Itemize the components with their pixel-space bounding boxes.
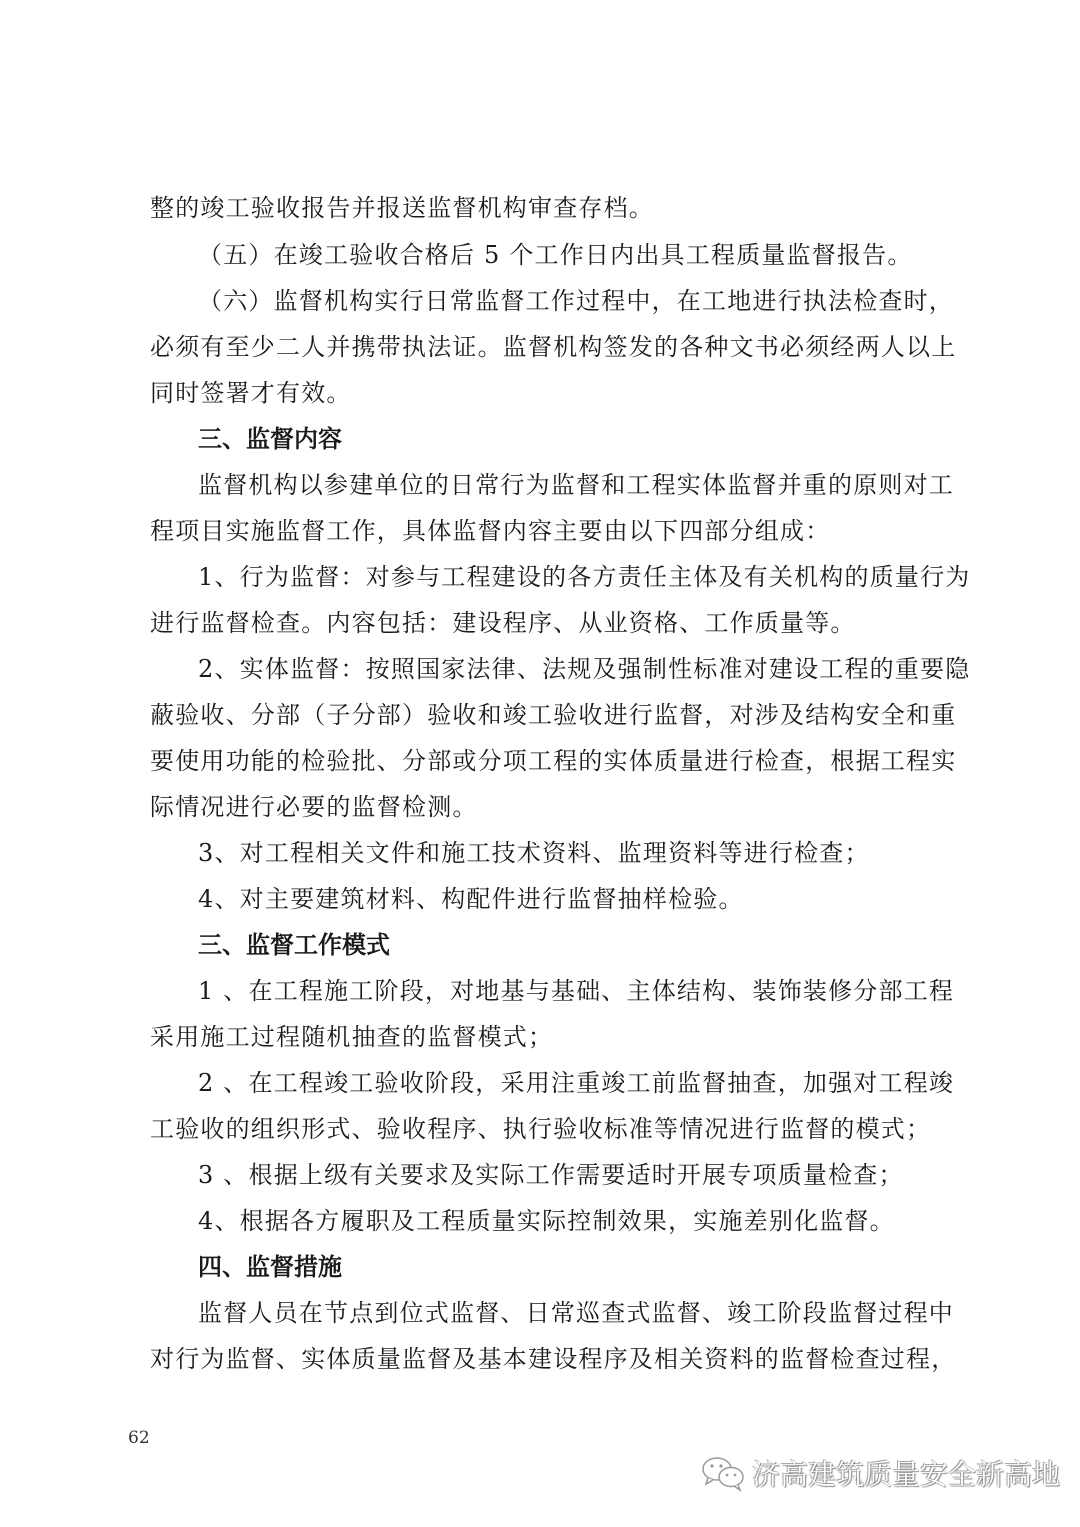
wechat-icon bbox=[700, 1454, 746, 1492]
text-line: 3 、根据上级有关要求及实际工作需要适时开展专项质量检查； bbox=[198, 1160, 998, 1190]
text-line: 1、行为监督：对参与工程建设的各方责任主体及有关机构的质量行为 bbox=[198, 562, 998, 592]
text-line: （六）监督机构实行日常监督工作过程中，在工地进行执法检查时， bbox=[198, 286, 998, 316]
watermark: 济高建筑质量安全新高地 bbox=[700, 1453, 1060, 1493]
section-heading: 四、监督措施 bbox=[198, 1252, 998, 1282]
text-line: 要使用功能的检验批、分部或分项工程的实体质量进行检查，根据工程实 bbox=[150, 746, 950, 776]
section-heading: 三、监督工作模式 bbox=[198, 930, 998, 960]
text-line: 整的竣工验收报告并报送监督机构审查存档。 bbox=[150, 193, 950, 223]
text-line: 际情况进行必要的监督检测。 bbox=[150, 792, 950, 822]
watermark-text: 济高建筑质量安全新高地 bbox=[752, 1453, 1060, 1493]
text-line: 监督机构以参建单位的日常行为监督和工程实体监督并重的原则对工 bbox=[198, 470, 998, 500]
section-heading: 三、监督内容 bbox=[198, 424, 998, 454]
text-line: 4、根据各方履职及工程质量实际控制效果，实施差别化监督。 bbox=[198, 1206, 998, 1236]
text-line: 2、实体监督：按照国家法律、法规及强制性标准对建设工程的重要隐 bbox=[198, 654, 998, 684]
text-line: （五）在竣工验收合格后 5 个工作日内出具工程质量监督报告。 bbox=[198, 240, 998, 270]
text-line: 同时签署才有效。 bbox=[150, 378, 950, 408]
text-line: 对行为监督、实体质量监督及基本建设程序及相关资料的监督检查过程， bbox=[150, 1344, 950, 1374]
text-line: 程项目实施监督工作，具体监督内容主要由以下四部分组成： bbox=[150, 516, 950, 546]
text-line: 2 、在工程竣工验收阶段，采用注重竣工前监督抽查，加强对工程竣 bbox=[198, 1068, 998, 1098]
text-line: 3、对工程相关文件和施工技术资料、监理资料等进行检查； bbox=[198, 838, 998, 868]
text-line: 1 、在工程施工阶段，对地基与基础、主体结构、装饰装修分部工程 bbox=[198, 976, 998, 1006]
text-line: 进行监督检查。内容包括：建设程序、从业资格、工作质量等。 bbox=[150, 608, 950, 638]
document-page: 整的竣工验收报告并报送监督机构审查存档。（五）在竣工验收合格后 5 个工作日内出… bbox=[0, 0, 1080, 1527]
page-number: 62 bbox=[128, 1428, 150, 1448]
text-line: 监督人员在节点到位式监督、日常巡查式监督、竣工阶段监督过程中 bbox=[198, 1298, 998, 1328]
text-line: 蔽验收、分部（子分部）验收和竣工验收进行监督，对涉及结构安全和重 bbox=[150, 700, 950, 730]
text-line: 必须有至少二人并携带执法证。监督机构签发的各种文书必须经两人以上 bbox=[150, 332, 950, 362]
text-line: 4、对主要建筑材料、构配件进行监督抽样检验。 bbox=[198, 884, 998, 914]
text-line: 采用施工过程随机抽查的监督模式； bbox=[150, 1022, 950, 1052]
text-line: 工验收的组织形式、验收程序、执行验收标准等情况进行监督的模式； bbox=[150, 1114, 950, 1144]
